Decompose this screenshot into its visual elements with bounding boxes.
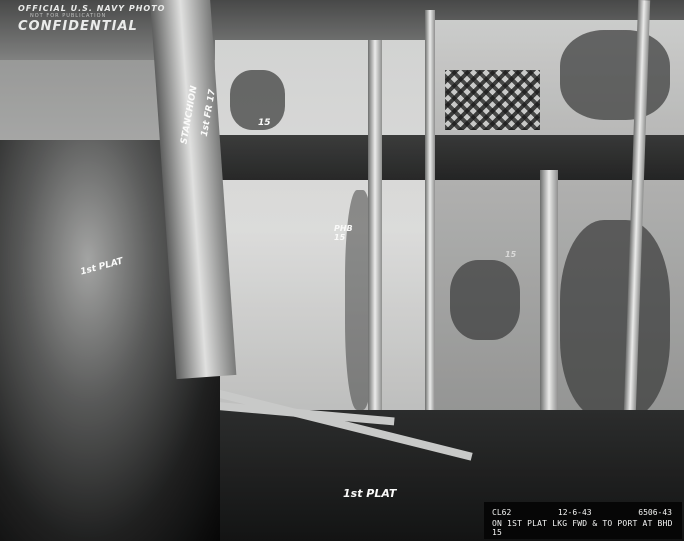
lattice-pattern-stain bbox=[445, 70, 540, 130]
wall-mark: 15 bbox=[505, 250, 516, 259]
paint-stain bbox=[450, 260, 520, 340]
bulkhead-number: 15 bbox=[258, 118, 271, 128]
floor-label: 1st PLAT bbox=[343, 487, 396, 500]
bulkhead-mark: PHB 15 bbox=[334, 224, 352, 242]
photo-number: 6506-43 bbox=[638, 508, 672, 517]
vertical-pipe bbox=[425, 10, 435, 430]
caption-description: ON 1ST PLAT LKG FWD & TO PORT AT BHD 15 bbox=[492, 519, 678, 537]
vertical-stanchion bbox=[368, 40, 382, 450]
damage-photograph: OFFICIAL U.S. NAVY PHOTO NOT FOR PUBLICA… bbox=[0, 0, 684, 541]
ship-id: CL62 bbox=[492, 508, 511, 517]
classification-label: CONFIDENTIAL bbox=[18, 19, 165, 34]
scorched-band bbox=[200, 135, 684, 180]
official-stamp: OFFICIAL U.S. NAVY PHOTO NOT FOR PUBLICA… bbox=[18, 4, 165, 34]
paint-stain bbox=[560, 220, 670, 420]
photo-date: 12-6-43 bbox=[558, 508, 592, 517]
photo-caption: CL62 12-6-43 6506-43 ON 1ST PLAT LKG FWD… bbox=[484, 502, 682, 539]
paint-stain bbox=[560, 30, 670, 120]
vertical-pipe bbox=[540, 170, 558, 440]
